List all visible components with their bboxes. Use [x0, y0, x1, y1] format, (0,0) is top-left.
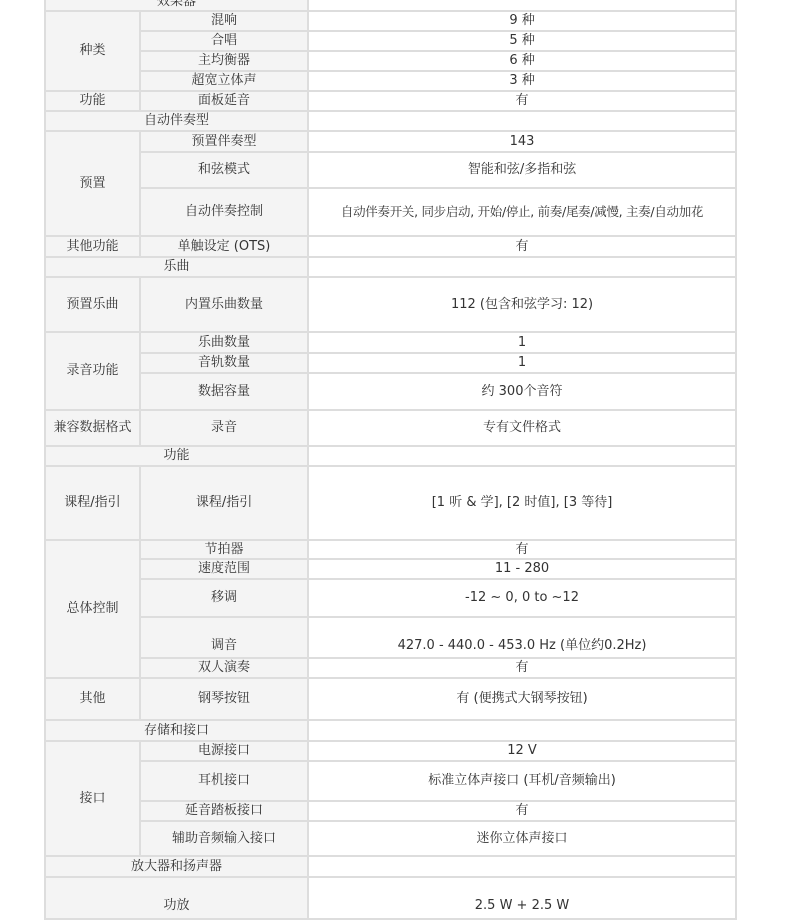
table-row: 预置乐曲 内置乐曲数量 112 (包含和弦学习: 12) — [45, 277, 736, 332]
table-row: 双人演奏 有 — [45, 658, 736, 678]
group-label: 预置 — [45, 131, 140, 236]
table-row: 其他 钢琴按钮 有 (便携式大钢琴按钮) — [45, 678, 736, 720]
row-label: 合唱 — [140, 31, 308, 51]
row-value: 1 — [308, 332, 736, 353]
group-label: 其他 — [45, 678, 140, 720]
row-label: 功放 — [45, 877, 308, 910]
table-row: 移调 -12 ~ 0, 0 to ~12 — [45, 579, 736, 617]
row-label: 和弦模式 — [140, 152, 308, 188]
section-row-effects: 效果器 — [45, 0, 736, 11]
table-row: 总体控制 节拍器 有 — [45, 540, 736, 559]
row-label: 乐曲数量 — [140, 332, 308, 353]
row-value: 9 种 — [308, 11, 736, 31]
row-value: 自动伴奏开关, 同步启动, 开始/停止, 前奏/尾奏/减慢, 主奏/自动加花 — [308, 188, 736, 236]
row-value: 12 V — [308, 741, 736, 761]
row-value: 5 种 — [308, 31, 736, 51]
row-value: 3 种 — [308, 71, 736, 91]
section-header: 放大器和扬声器 — [45, 856, 308, 877]
table-row: 耳机接口 标准立体声接口 (耳机/音频输出) — [45, 761, 736, 801]
table-row: 主均衡器 6 种 — [45, 51, 736, 71]
row-value: 11 - 280 — [308, 559, 736, 579]
row-value: 有 (便携式大钢琴按钮) — [308, 678, 736, 720]
row-label: 钢琴按钮 — [140, 678, 308, 720]
row-value: 6 种 — [308, 51, 736, 71]
section-row-amplifier: 放大器和扬声器 — [45, 856, 736, 877]
row-label: 课程/指引 — [140, 466, 308, 540]
row-value: 标准立体声接口 (耳机/音频输出) — [308, 761, 736, 801]
spec-table-container: 效果器 种类 混响 9 种 合唱 5 种 主均衡器 6 种 超宽立体声 3 种 — [44, 0, 735, 910]
section-row-functions: 功能 — [45, 446, 736, 466]
table-row: 兼容数据格式 录音 专有文件格式 — [45, 410, 736, 446]
group-label: 功能 — [45, 91, 140, 111]
section-row-accompaniment: 自动伴奏型 — [45, 111, 736, 131]
row-label: 自动伴奏控制 — [140, 188, 308, 236]
section-row-songs: 乐曲 — [45, 257, 736, 277]
group-label: 种类 — [45, 11, 140, 91]
table-row: 功能 面板延音 有 — [45, 91, 736, 111]
row-value: 智能和弦/多指和弦 — [308, 152, 736, 188]
section-header: 功能 — [45, 446, 308, 466]
row-value: 有 — [308, 91, 736, 111]
section-row-storage: 存储和接口 — [45, 720, 736, 741]
row-value: 有 — [308, 658, 736, 678]
row-label: 内置乐曲数量 — [140, 277, 308, 332]
row-label: 音轨数量 — [140, 353, 308, 373]
section-header: 自动伴奏型 — [45, 111, 308, 131]
table-row: 功放 2.5 W + 2.5 W — [45, 877, 736, 910]
row-label: 移调 — [140, 579, 308, 617]
row-label: 电源接口 — [140, 741, 308, 761]
row-label: 混响 — [140, 11, 308, 31]
table-row: 超宽立体声 3 种 — [45, 71, 736, 91]
row-label: 节拍器 — [140, 540, 308, 559]
row-value: 有 — [308, 236, 736, 257]
section-value-empty — [308, 856, 736, 877]
row-value: 有 — [308, 540, 736, 559]
row-value: 有 — [308, 801, 736, 821]
table-row: 和弦模式 智能和弦/多指和弦 — [45, 152, 736, 188]
row-label: 主均衡器 — [140, 51, 308, 71]
section-header: 效果器 — [45, 0, 308, 11]
row-label: 延音踏板接口 — [140, 801, 308, 821]
row-value: 427.0 - 440.0 - 453.0 Hz (单位约0.2Hz) — [308, 617, 736, 658]
section-header: 存储和接口 — [45, 720, 308, 741]
table-row: 辅助音频输入接口 迷你立体声接口 — [45, 821, 736, 856]
row-value: 2.5 W + 2.5 W — [308, 877, 736, 910]
spec-table: 效果器 种类 混响 9 种 合唱 5 种 主均衡器 6 种 超宽立体声 3 种 — [44, 0, 737, 910]
table-row: 种类 混响 9 种 — [45, 11, 736, 31]
table-row: 预置 预置伴奏型 143 — [45, 131, 736, 152]
table-row: 音轨数量 1 — [45, 353, 736, 373]
group-label: 总体控制 — [45, 540, 140, 678]
row-value: 1 — [308, 353, 736, 373]
row-value: [1 听 & 学], [2 时值], [3 等待] — [308, 466, 736, 540]
section-value-empty — [308, 111, 736, 131]
section-value-empty — [308, 0, 736, 11]
row-label: 双人演奏 — [140, 658, 308, 678]
row-value: 迷你立体声接口 — [308, 821, 736, 856]
row-label: 辅助音频输入接口 — [140, 821, 308, 856]
table-row: 录音功能 乐曲数量 1 — [45, 332, 736, 353]
row-label: 数据容量 — [140, 373, 308, 410]
section-header: 乐曲 — [45, 257, 308, 277]
row-label: 单触设定 (OTS) — [140, 236, 308, 257]
row-label: 速度范围 — [140, 559, 308, 579]
table-row: 课程/指引 课程/指引 [1 听 & 学], [2 时值], [3 等待] — [45, 466, 736, 540]
group-label: 兼容数据格式 — [45, 410, 140, 446]
group-label: 其他功能 — [45, 236, 140, 257]
row-value: 143 — [308, 131, 736, 152]
table-row: 合唱 5 种 — [45, 31, 736, 51]
table-row: 调音 427.0 - 440.0 - 453.0 Hz (单位约0.2Hz) — [45, 617, 736, 658]
section-value-empty — [308, 720, 736, 741]
row-value: 专有文件格式 — [308, 410, 736, 446]
row-value: 约 300个音符 — [308, 373, 736, 410]
row-label: 超宽立体声 — [140, 71, 308, 91]
row-label: 耳机接口 — [140, 761, 308, 801]
table-row: 速度范围 11 - 280 — [45, 559, 736, 579]
row-label: 调音 — [140, 617, 308, 658]
group-label: 课程/指引 — [45, 466, 140, 540]
row-label: 预置伴奏型 — [140, 131, 308, 152]
row-value: -12 ~ 0, 0 to ~12 — [308, 579, 736, 617]
group-label: 预置乐曲 — [45, 277, 140, 332]
table-row: 延音踏板接口 有 — [45, 801, 736, 821]
group-label: 接口 — [45, 741, 140, 856]
table-row: 其他功能 单触设定 (OTS) 有 — [45, 236, 736, 257]
group-label: 录音功能 — [45, 332, 140, 410]
row-label: 面板延音 — [140, 91, 308, 111]
row-value: 112 (包含和弦学习: 12) — [308, 277, 736, 332]
section-value-empty — [308, 257, 736, 277]
table-row: 自动伴奏控制 自动伴奏开关, 同步启动, 开始/停止, 前奏/尾奏/减慢, 主奏… — [45, 188, 736, 236]
row-label: 录音 — [140, 410, 308, 446]
table-row: 接口 电源接口 12 V — [45, 741, 736, 761]
table-row: 数据容量 约 300个音符 — [45, 373, 736, 410]
section-value-empty — [308, 446, 736, 466]
